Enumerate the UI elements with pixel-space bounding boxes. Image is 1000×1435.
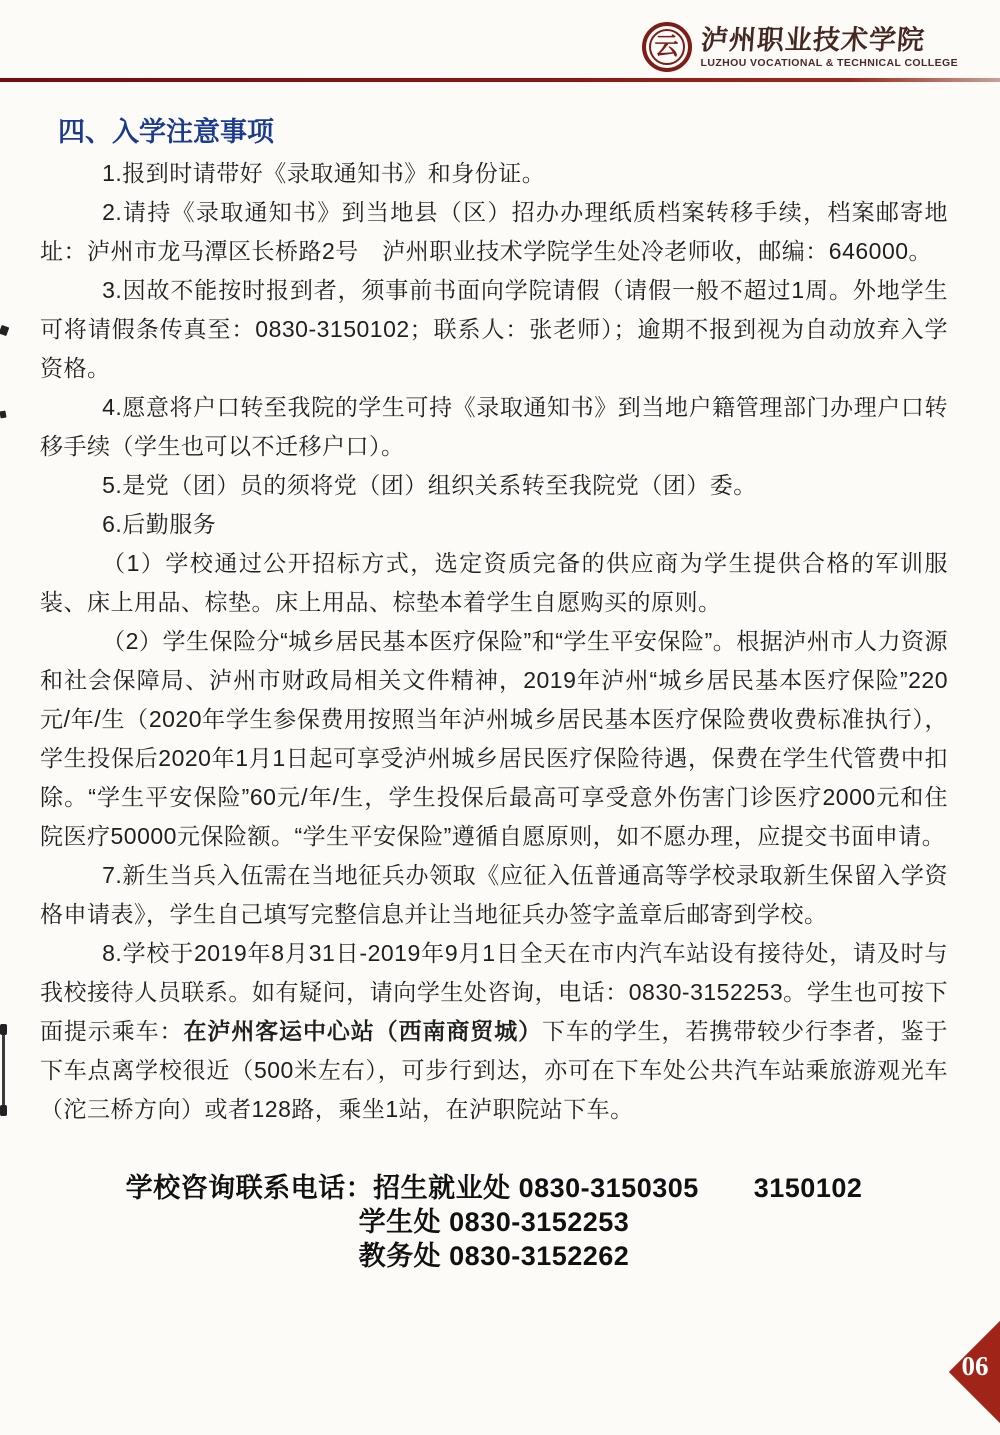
cloud-glyph-icon: 云: [655, 35, 679, 59]
scan-artifact: [0, 1024, 7, 1035]
paragraph-8-bold-route: 在泸州客运中心站（西南商贸城）: [183, 1018, 542, 1044]
college-name-block: 泸州职业技术学院 LUZHOU VOCATIONAL & TECHNICAL C…: [701, 25, 958, 69]
college-brand: 云 泸州职业技术学院 LUZHOU VOCATIONAL & TECHNICAL…: [0, 18, 1000, 76]
contact-line-student-affairs: 学生处 0830-3152253: [40, 1205, 948, 1239]
header-divider-rule: [0, 78, 1000, 82]
section-heading: 四、入学注意事项: [58, 116, 948, 148]
paragraph-4: 4.愿意将户口转至我院的学生可持《录取通知书》到当地户籍管理部门办理户口转移手续…: [40, 388, 948, 466]
page-number: 06: [950, 1351, 1000, 1382]
paragraph-2: 2.请持《录取通知书》到当地县（区）招办办理纸质档案转移手续，档案邮寄地址：泸州…: [40, 193, 948, 271]
paragraph-6-sub1: （1）学校通过公开招标方式，选定资质完备的供应商为学生提供合格的军训服装、床上用…: [40, 544, 948, 622]
document-content: 四、入学注意事项 1.报到时请带好《录取通知书》和身份证。 2.请持《录取通知书…: [0, 116, 1000, 1273]
scan-artifact: [2, 1028, 5, 1116]
paragraph-6-sub2: （2）学生保险分“城乡居民基本医疗保险”和“学生平安保险”。根据泸州市人力资源和…: [40, 622, 948, 856]
paragraph-3: 3.因故不能按时报到者，须事前书面向学院请假（请假一般不超过1周。外地学生可将请…: [40, 271, 948, 388]
contact-block: 学校咨询联系电话：招生就业处 0830-3150305 3150102 学生处 …: [40, 1171, 948, 1273]
paragraph-8: 8.学校于2019年8月31日-2019年9月1日全天在市内汽车站设有接待处，请…: [40, 934, 948, 1129]
paragraph-5: 5.是党（团）员的须将党（团）组织关系转至我院党（团）委。: [40, 466, 948, 505]
scan-artifact: [0, 411, 7, 419]
page-header: 云 泸州职业技术学院 LUZHOU VOCATIONAL & TECHNICAL…: [0, 0, 1000, 82]
scan-artifact: [0, 1105, 7, 1116]
college-logo-icon: 云: [642, 22, 692, 72]
contact-line-admissions: 学校咨询联系电话：招生就业处 0830-3150305 3150102: [40, 1171, 948, 1205]
paragraph-6: 6.后勤服务: [40, 505, 948, 544]
document-page: 云 泸州职业技术学院 LUZHOU VOCATIONAL & TECHNICAL…: [0, 0, 1000, 1435]
college-name-chinese: 泸州职业技术学院: [699, 25, 959, 55]
paragraph-1: 1.报到时请带好《录取通知书》和身份证。: [40, 154, 948, 193]
paragraph-7: 7.新生当兵入伍需在当地征兵办领取《应征入伍普通高等学校录取新生保留入学资格申请…: [40, 856, 948, 934]
college-name-english: LUZHOU VOCATIONAL & TECHNICAL COLLEGE: [701, 57, 958, 69]
contact-line-academic-affairs: 教务处 0830-3152262: [40, 1239, 948, 1273]
logo-inner-ring: 云: [649, 29, 685, 65]
